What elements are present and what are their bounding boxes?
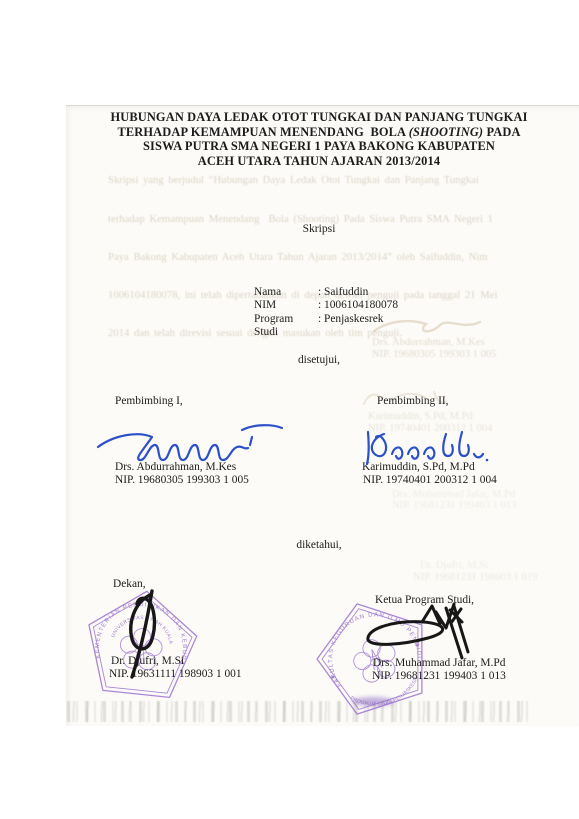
name-value: : Saifuddin — [318, 286, 368, 299]
prodi-value: : Penjaskesrek — [318, 313, 383, 340]
student-identity-block: Nama : Saifuddin NIM : 1006104180078 Pro… — [254, 286, 398, 340]
nim-value: : 1006104180078 — [318, 299, 398, 312]
kaprodi-signature — [362, 600, 470, 664]
pembimbing1-nip: NIP. 19680305 199303 1 005 — [115, 474, 249, 487]
thesis-title: HUBUNGAN DAYA LEDAK OTOT TUNGKAI DAN PAN… — [66, 110, 572, 168]
ghost-bottom-name: Dr. Djufri, M.Si — [420, 560, 488, 572]
title-line-1: HUBUNGAN DAYA LEDAK OTOT TUNGKAI DAN PAN… — [66, 110, 572, 125]
ghost-bottom-nip: NIP. 19681231 198603 1 019 — [413, 572, 537, 584]
pembimbing2-role-label: Pembimbing II, — [377, 395, 449, 407]
pembimbing2-signature — [360, 426, 492, 468]
title-line-2: TERHADAP KEMAMPUAN MENENDANG BOLA (SHOOT… — [66, 125, 572, 140]
dekan-signature — [120, 589, 162, 681]
doc-type-label: Skripsi — [66, 222, 572, 235]
name-label: Nama — [254, 286, 318, 299]
ghost-name-2: Karimuddin, S.Pd, M.Pd — [368, 411, 473, 423]
acknowledge-word: diketahui, — [66, 539, 572, 551]
scanned-approval-page: Skripsi yang berjudul “Hubungan Daya Led… — [0, 0, 579, 819]
ghost-line: Skripsi yang berjudul “Hubungan Daya Led… — [108, 174, 524, 187]
approval-word: disetujui, — [66, 354, 572, 366]
title-line-3: SISWA PUTRA SMA NEGERI 1 PAYA BAKONG KAB… — [66, 139, 572, 154]
pembimbing1-role-label: Pembimbing I, — [115, 395, 183, 407]
title-line-4: ACEH UTARA TAHUN AJARAN 2013/2014 — [66, 154, 572, 169]
title-shooting-italic: (SHOOTING) — [409, 125, 483, 139]
student-prodi-row: Program Studi : Penjaskesrek — [254, 313, 398, 340]
ghost-nip-3: NIP. 19681231 199403 1 013 — [392, 500, 516, 512]
student-nim-row: NIM : 1006104180078 — [254, 299, 398, 312]
kaprodi-nip: NIP. 19681231 199403 1 013 — [372, 670, 506, 683]
ghost-line: Paya Bakong Kabupaten Aceh Utara Tahun A… — [108, 251, 524, 264]
prodi-label: Program Studi — [254, 313, 318, 340]
nim-label: NIM — [254, 299, 318, 312]
student-name-row: Nama : Saifuddin — [254, 286, 398, 299]
pembimbing1-signature — [94, 423, 286, 467]
pembimbing2-nip: NIP. 19740401 200312 1 004 — [363, 474, 497, 487]
